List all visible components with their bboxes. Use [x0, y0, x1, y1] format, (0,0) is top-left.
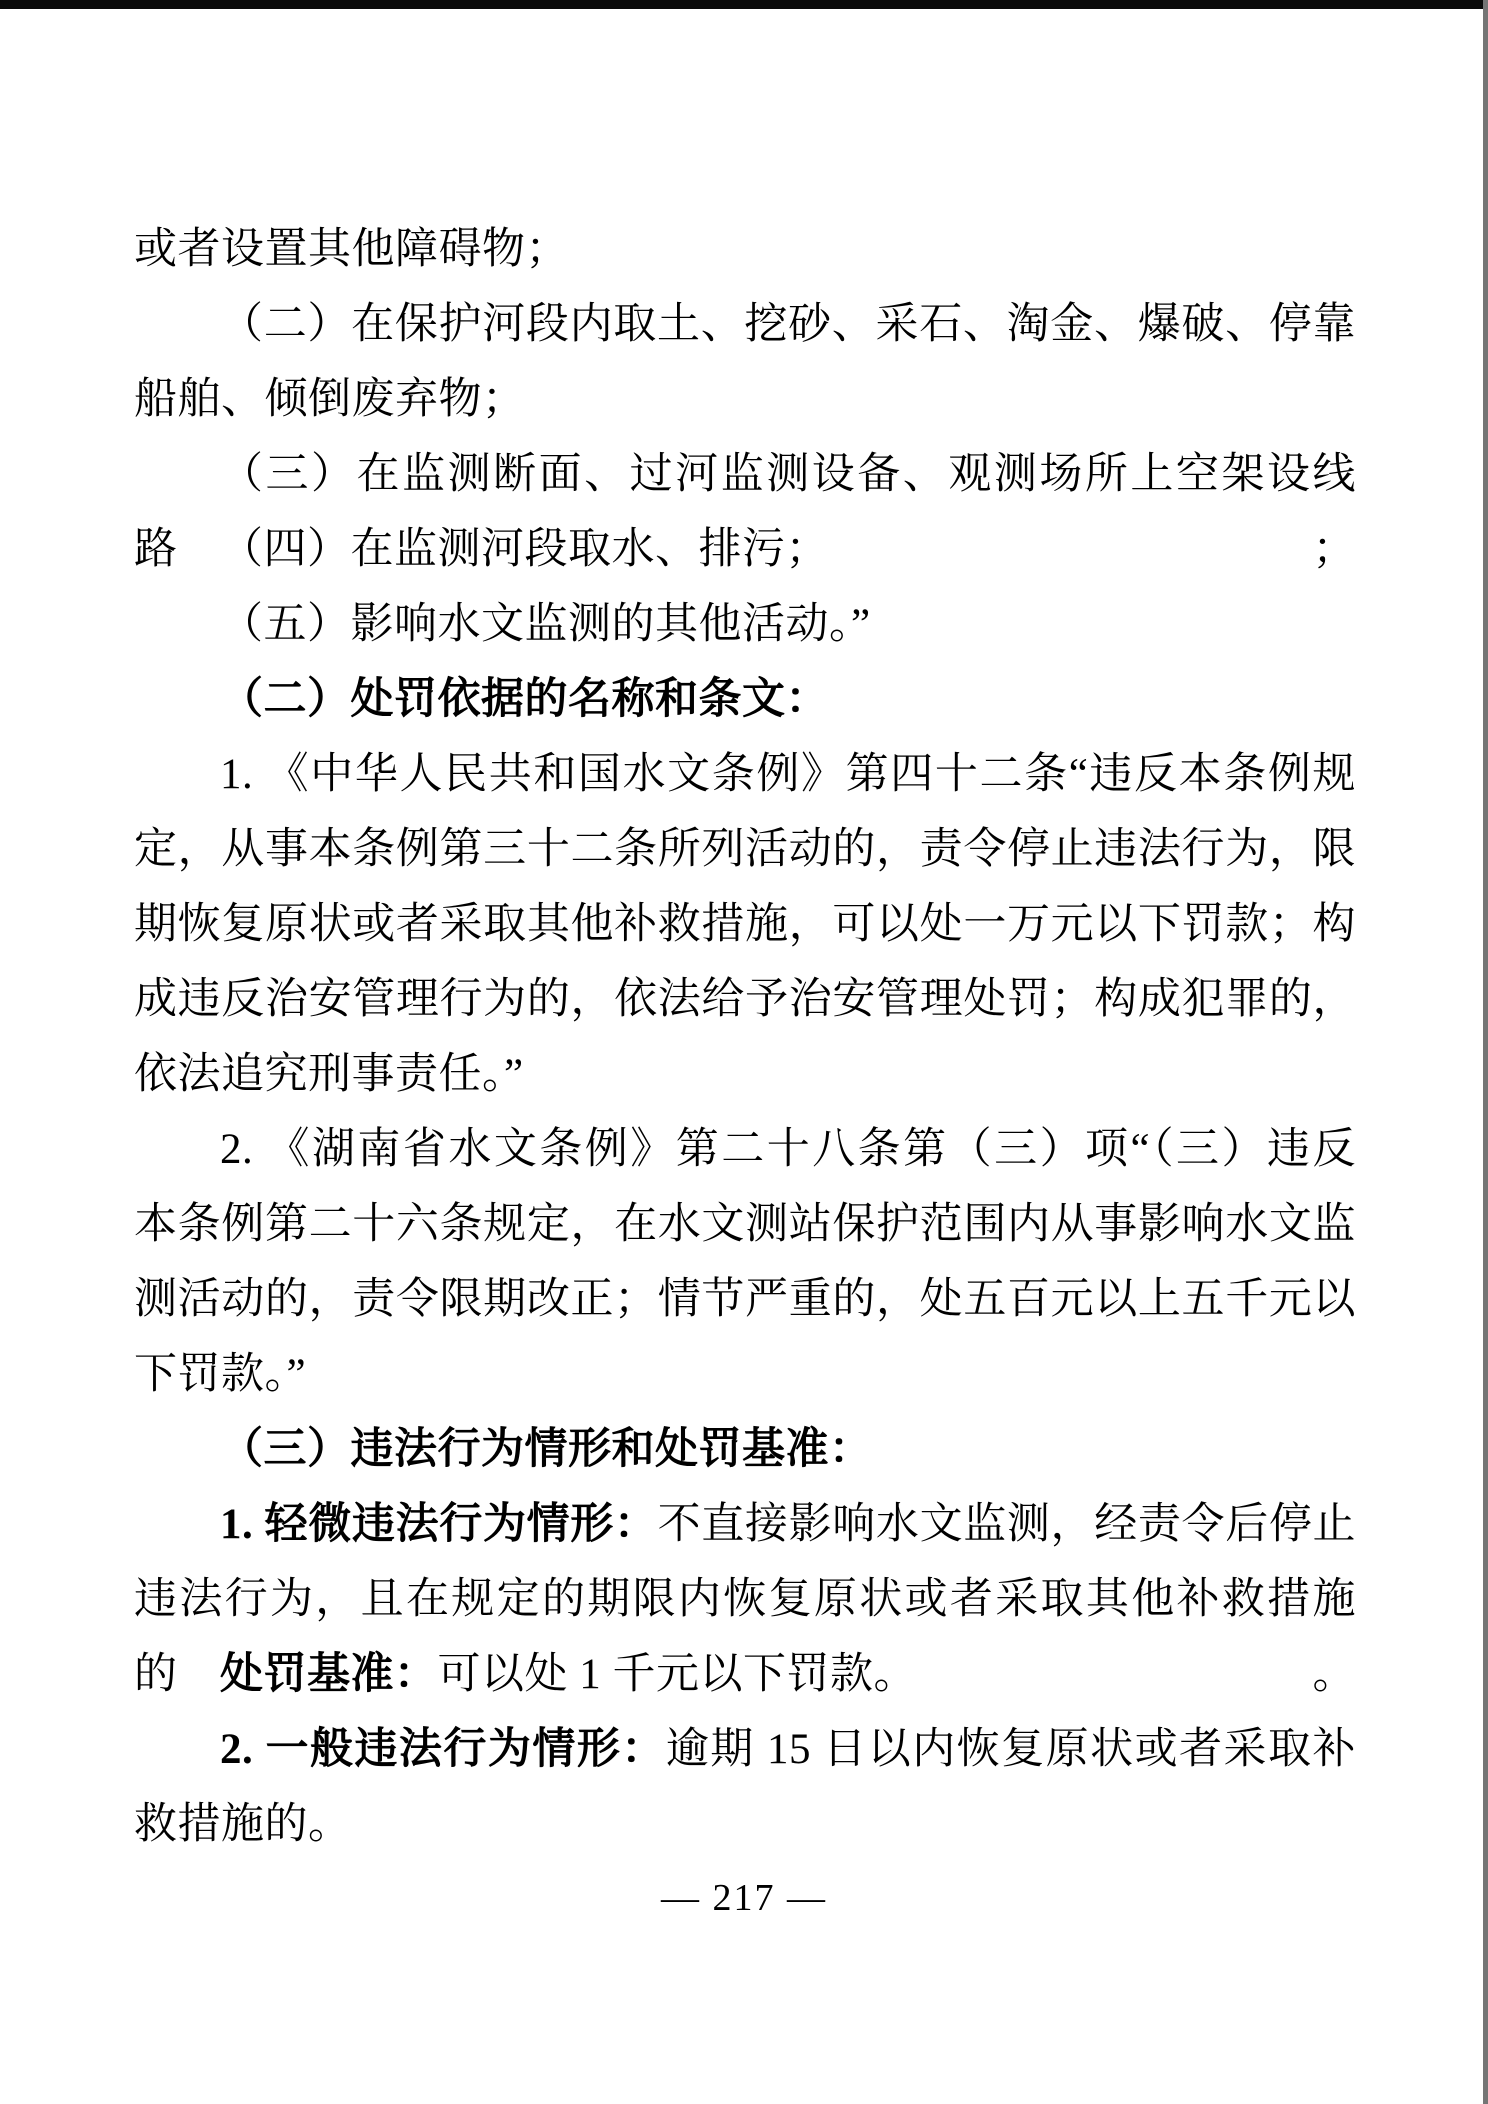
text-line: （五）影响水文监测的其他活动。” — [134, 587, 1356, 662]
text-line: 救措施的。 — [134, 1787, 1356, 1862]
text-segment: 1. 《中华人民共和国水文条例》第四十二条“违反本条例规 — [220, 751, 1356, 798]
text-segment: （二）在保护河段内取土、挖砂、采石、淘金、爆破、停靠 — [220, 301, 1356, 348]
text-line: 2. 一般违法行为情形：逾期 15 日以内恢复原状或者采取补 — [134, 1712, 1356, 1787]
text-line: 期恢复原状或者采取其他补救措施，可以处一万元以下罚款；构 — [134, 887, 1356, 962]
text-segment: 救措施的。 — [134, 1801, 352, 1848]
text-segment: 或者设置其他障碍物； — [134, 226, 569, 273]
text-segment: 期恢复原状或者采取其他补救措施，可以处一万元以下罚款；构 — [134, 901, 1356, 948]
text-segment: 测活动的，责令限期改正；情节严重的，处五百元以上五千元以 — [134, 1276, 1356, 1323]
text-line: 本条例第二十六条规定，在水文测站保护范围内从事影响水文监 — [134, 1187, 1356, 1262]
text-segment: 本条例第二十六条规定，在水文测站保护范围内从事影响水文监 — [134, 1201, 1356, 1248]
text-line: 依法追究刑事责任。” — [134, 1037, 1356, 1112]
text-segment: （五）影响水文监测的其他活动。” — [220, 601, 871, 648]
text-line: （二）在保护河段内取土、挖砂、采石、淘金、爆破、停靠 — [134, 287, 1356, 362]
text-segment: 2. 一般违法行为情形： — [220, 1726, 666, 1773]
section-heading-line: （三）违法行为情形和处罚基准： — [134, 1412, 1356, 1487]
scan-top-edge-line — [0, 0, 1488, 9]
text-segment: 逾期 15 日以内恢复原状或者采取补 — [666, 1726, 1356, 1773]
text-line: 1. 轻微违法行为情形：不直接影响水文监测，经责令后停止 — [134, 1487, 1356, 1562]
text-line: 定，从事本条例第三十二条所列活动的，责令停止违法行为，限 — [134, 812, 1356, 887]
text-segment: 下罚款。” — [134, 1351, 306, 1398]
text-line: 成违反治安管理行为的，依法给予治安管理处罚；构成犯罪的， — [134, 962, 1356, 1037]
text-segment: 1. 轻微违法行为情形： — [220, 1501, 658, 1548]
text-line: 下罚款。” — [134, 1337, 1356, 1412]
text-line: （三）在监测断面、过河监测设备、观测场所上空架设线路； — [134, 437, 1356, 512]
text-line: 违法行为，且在规定的期限内恢复原状或者采取其他补救措施的。 — [134, 1562, 1356, 1637]
text-line: 1. 《中华人民共和国水文条例》第四十二条“违反本条例规 — [134, 737, 1356, 812]
document-body-text: 或者设置其他障碍物；（二）在保护河段内取土、挖砂、采石、淘金、爆破、停靠船舶、倾… — [134, 212, 1356, 1862]
text-segment: 不直接影响水文监测，经责令后停止 — [658, 1501, 1356, 1548]
text-segment: 依法追究刑事责任。” — [134, 1051, 524, 1098]
text-line: 测活动的，责令限期改正；情节严重的，处五百元以上五千元以 — [134, 1262, 1356, 1337]
text-segment: 船舶、倾倒废弃物； — [134, 376, 526, 423]
document-page: { "page": { "footer": "— 217 —", "colors… — [0, 0, 1488, 2104]
text-segment: （二）处罚依据的名称和条文： — [220, 676, 829, 723]
text-segment: （三）违法行为情形和处罚基准： — [220, 1426, 873, 1473]
text-line: 船舶、倾倒废弃物； — [134, 362, 1356, 437]
text-line: 或者设置其他障碍物； — [134, 212, 1356, 287]
text-segment: 定，从事本条例第三十二条所列活动的，责令停止违法行为，限 — [134, 826, 1356, 873]
scan-right-edge-line — [1483, 0, 1488, 2104]
text-segment: 可以处 1 千元以下罚款。 — [438, 1651, 918, 1698]
text-segment: 2. 《湖南省水文条例》第二十八条第（三）项“（三）违反 — [220, 1126, 1356, 1173]
text-segment: 成违反治安管理行为的，依法给予治安管理处罚；构成犯罪的， — [134, 976, 1356, 1023]
page-number: — 217 — — [0, 1876, 1488, 1920]
section-heading-line: （二）处罚依据的名称和条文： — [134, 662, 1356, 737]
text-segment: 处罚基准： — [220, 1651, 438, 1698]
text-segment: （四）在监测河段取水、排污； — [220, 526, 829, 573]
text-line: 2. 《湖南省水文条例》第二十八条第（三）项“（三）违反 — [134, 1112, 1356, 1187]
